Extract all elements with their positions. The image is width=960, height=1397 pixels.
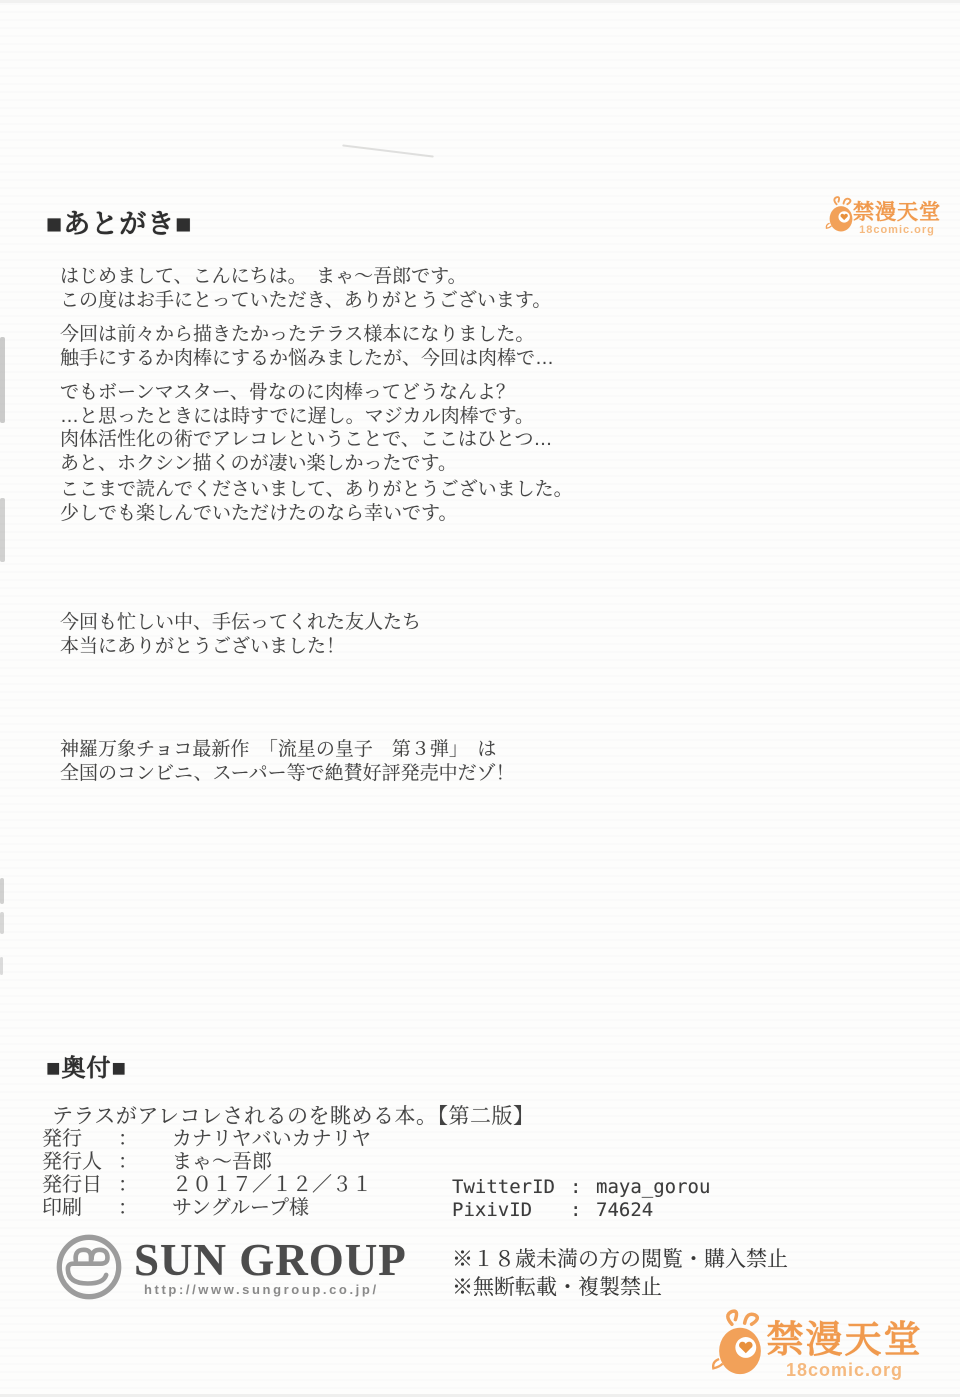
afterword-paragraph: 今回は前々から描きたかったテラス様本になりました。 触手にするか肉棒にするか悩み… [60, 323, 554, 370]
row-label: 発行日 [42, 1174, 118, 1197]
paragraph-line: 本当にありがとうございました！ [60, 635, 421, 659]
row-label: 印刷 [42, 1197, 118, 1220]
colophon-row-publisher: 発行 ： カナリヤバいカナリヤ [42, 1128, 372, 1151]
paragraph-line: 神羅万象チョコ最新作 「流星の皇子 第３弾」 は [60, 738, 515, 762]
id-value: 74624 [596, 1199, 653, 1222]
id-label: TwitterID [452, 1176, 570, 1199]
watermark-site-name: 禁漫天堂 [853, 202, 941, 223]
scan-scratch [342, 144, 434, 157]
paragraph-line: ここまで読んでくださいまして、ありがとうございました。 [60, 478, 573, 502]
watermark-text: 禁漫天堂 18comic.org [853, 202, 941, 236]
afterword-paragraph: ここまで読んでくださいまして、ありがとうございました。 少しでも楽しんでいただけ… [60, 478, 573, 525]
afterword-paragraph: はじめまして、こんにちは。 まゃ～吾郎です。 この度はお手にとっていただき、あり… [60, 265, 551, 312]
colophon-row-date: 発行日 ： ２０１７／１２／３１ [42, 1174, 372, 1197]
paragraph-line: 触手にするか肉棒にするか悩みましたが、今回は肉棒で… [60, 347, 554, 371]
site-watermark-top: 禁漫天堂 18comic.org [838, 188, 956, 266]
afterword-heading: ■あとがき■ [46, 202, 193, 241]
row-value: まゃ～吾郎 [172, 1151, 272, 1174]
scan-artifact [0, 878, 4, 904]
watermark-text: 禁漫天堂 18comic.org [767, 1321, 923, 1379]
row-label: 発行人 [42, 1151, 118, 1174]
row-value: ２０１７／１２／３１ [172, 1174, 372, 1197]
row-colon: ： [118, 1128, 172, 1151]
scan-artifact [0, 912, 4, 934]
id-colon: : [570, 1199, 596, 1222]
row-value: カナリヤバいカナリヤ [172, 1128, 371, 1151]
colophon-row-printer: 印刷 ： サングループ様 [42, 1197, 372, 1220]
paragraph-line: 少しでも楽しんでいただけたのなら幸いです。 [60, 502, 573, 526]
paragraph-line: …と思ったときには時すでに遅し。マジカル肉棒です。 [60, 405, 552, 429]
scanned-doujin-afterword-page: ■あとがき■ はじめまして、こんにちは。 まゃ～吾郎です。 この度はお手にとって… [0, 0, 960, 1397]
social-ids: TwitterID : maya_gorou PixivID : 74624 [452, 1176, 710, 1222]
scan-edge-top [0, 0, 960, 3]
row-label: 発行 [42, 1128, 118, 1151]
scan-artifact [0, 337, 5, 423]
notice-age-restriction: ※１８歳未満の方の閲覧・購入禁止 [452, 1246, 788, 1274]
orange-bird-mascot-icon [711, 1309, 769, 1379]
site-watermark-bottom: 禁漫天堂 18comic.org [737, 1299, 952, 1397]
paragraph-line: 肉体活性化の術でアレコレということで、ここはひとつ… [60, 428, 552, 452]
paragraph-line: 今回も忙しい中、手伝ってくれた友人たち [60, 611, 421, 635]
watermark-site-name: 禁漫天堂 [767, 1321, 923, 1358]
watermark-site-url: 18comic.org [853, 225, 941, 236]
pixiv-id-row: PixivID : 74624 [452, 1199, 710, 1222]
book-title: テラスがアレコレされるのを眺める本。【第二版】 [52, 1100, 535, 1130]
afterword-paragraph: 今回も忙しい中、手伝ってくれた友人たち 本当にありがとうございました！ [60, 611, 421, 658]
paragraph-line: はじめまして、こんにちは。 まゃ～吾郎です。 [60, 265, 551, 289]
id-value: maya_gorou [596, 1176, 710, 1199]
row-colon: ： [118, 1151, 172, 1174]
colophon-heading: ■奥付■ [46, 1048, 127, 1083]
row-colon: ： [118, 1174, 172, 1197]
paragraph-line: 全国のコンビニ、スーパー等で絶賛好評発売中だゾ！ [60, 762, 515, 786]
paragraph-line: 今回は前々から描きたかったテラス様本になりました。 [60, 323, 554, 347]
printer-name: SUN GROUP [134, 1234, 407, 1286]
notice-no-reproduction: ※無断転載・複製禁止 [452, 1274, 788, 1302]
printer-url: http://www.sungroup.co.jp/ [144, 1282, 379, 1297]
paragraph-line: でもボーンマスター、骨なのに肉棒ってどうなんよ？ [60, 381, 552, 405]
afterword-paragraph: 神羅万象チョコ最新作 「流星の皇子 第３弾」 は 全国のコンビニ、スーパー等で絶… [60, 738, 515, 785]
colophon-rows: 発行 ： カナリヤバいカナリヤ 発行人 ： まゃ～吾郎 発行日 ： ２０１７／１… [42, 1128, 372, 1220]
row-colon: ： [118, 1197, 172, 1220]
orange-bird-mascot-icon [825, 196, 857, 234]
sun-group-circle-icon [56, 1234, 122, 1300]
id-label: PixivID [452, 1199, 570, 1222]
afterword-paragraph: でもボーンマスター、骨なのに肉棒ってどうなんよ？ …と思ったときには時すでに遅し… [60, 381, 552, 475]
legal-notices: ※１８歳未満の方の閲覧・購入禁止 ※無断転載・複製禁止 [452, 1246, 788, 1302]
paragraph-line: あと、ホクシン描くのが凄い楽しかったです。 [60, 452, 552, 476]
id-colon: : [570, 1176, 596, 1199]
colophon-row-author: 発行人 ： まゃ～吾郎 [42, 1151, 372, 1174]
twitter-id-row: TwitterID : maya_gorou [452, 1176, 710, 1199]
scan-artifact [0, 957, 3, 975]
paragraph-line: この度はお手にとっていただき、ありがとうございます。 [60, 289, 551, 313]
scan-artifact [0, 498, 5, 562]
row-value: サングループ様 [172, 1197, 309, 1220]
watermark-site-url: 18comic.org [767, 1361, 923, 1379]
sun-group-logo: SUN GROUP http://www.sungroup.co.jp/ [52, 1232, 452, 1312]
